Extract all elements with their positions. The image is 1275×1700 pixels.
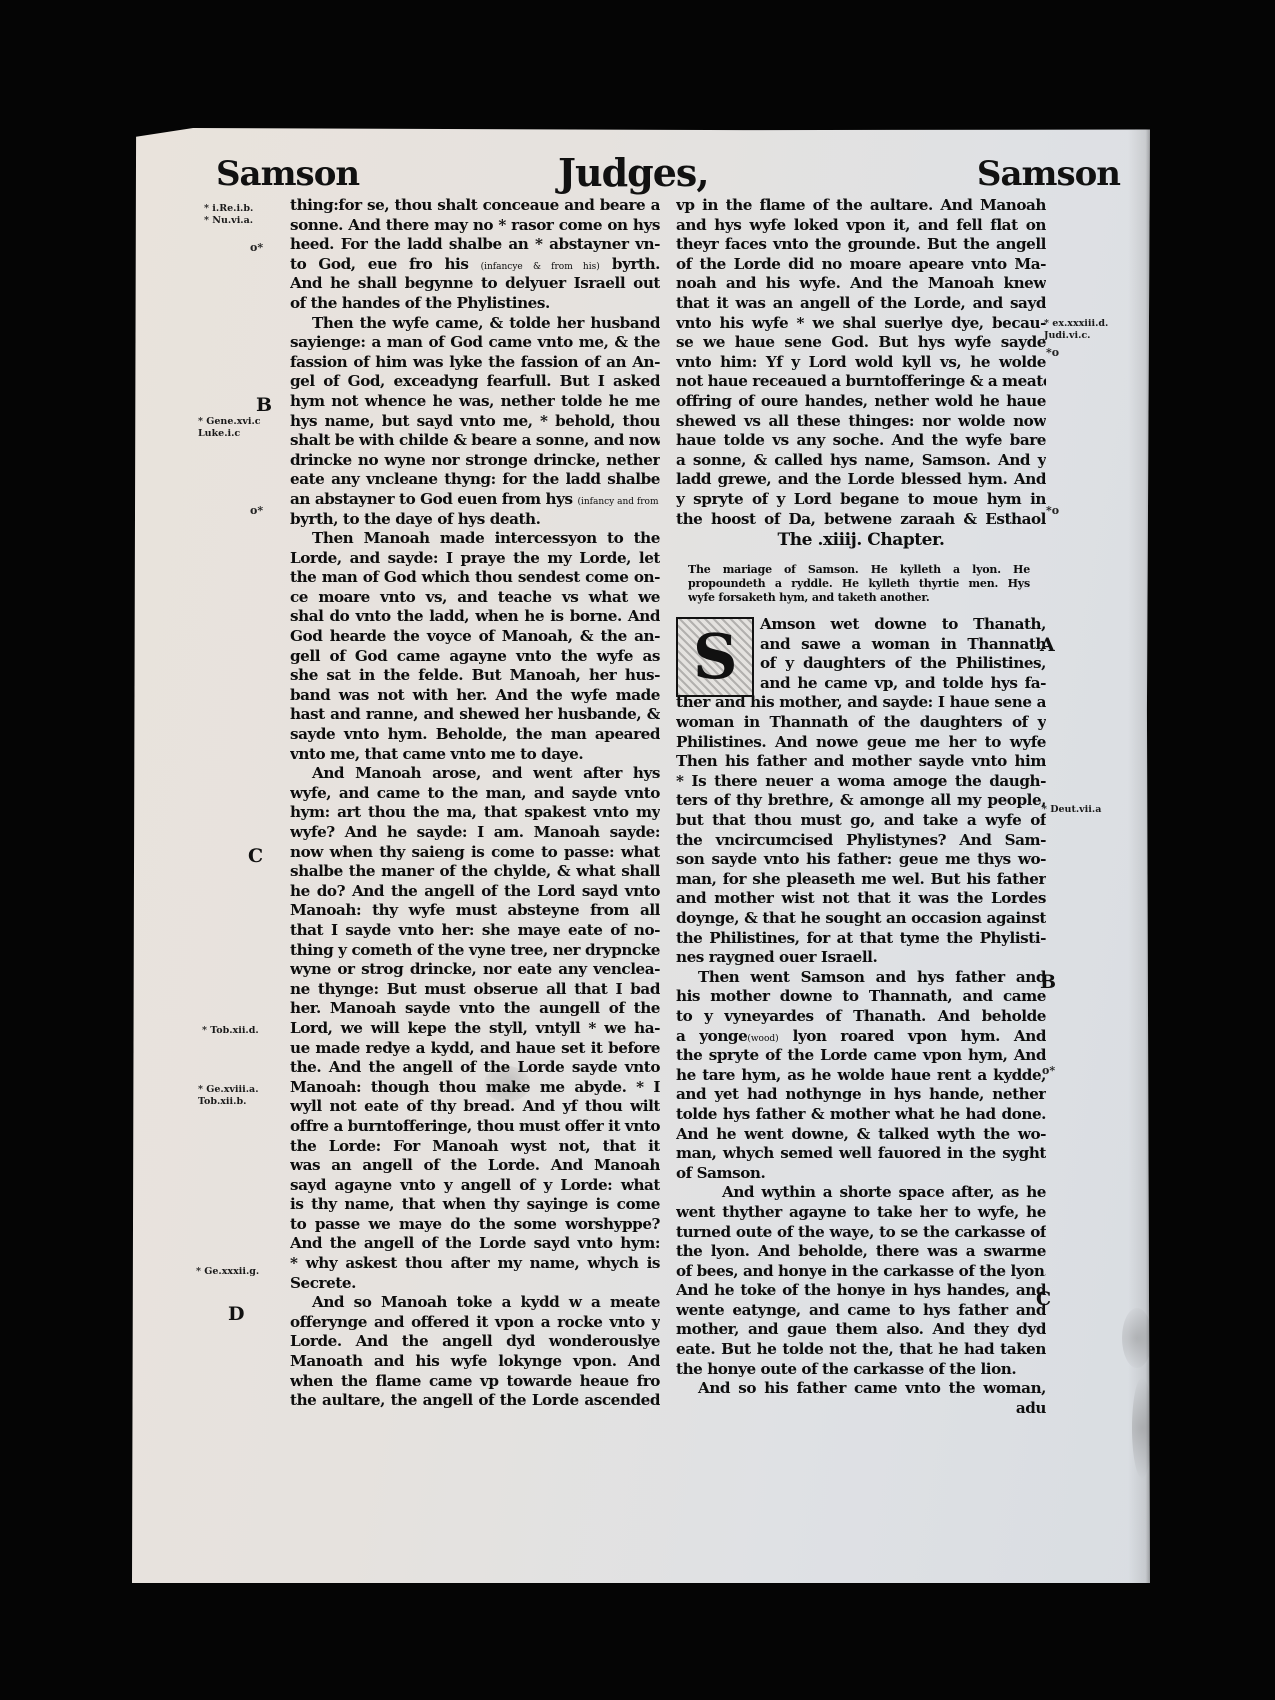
inline-gloss: (wood): [747, 1034, 778, 1044]
text-line: offre a burntofferinge, thou must offer …: [290, 1117, 660, 1137]
text-line: vnto his wyfe * we shal suerlye dye, bec…: [676, 314, 1046, 334]
text-line: the Lorde: For Manoah wyst not, that it: [290, 1137, 660, 1157]
gloss-mark-icon: o*: [250, 504, 263, 517]
text-line: sayde vnto hym. Beholde, the man apeared: [290, 725, 660, 745]
text-line: that it was an angell of the Lorde, and …: [676, 294, 1046, 314]
text-line: sayienge: a man of God came vnto me, & t…: [290, 333, 660, 353]
text-line: Manoah: though thou make me abyde. * I: [290, 1078, 660, 1098]
text-line: when the flame came vp towarde heaue fro: [290, 1372, 660, 1392]
text-line: thing y cometh of the vyne tree, ner dry…: [290, 941, 660, 961]
text-line: sayd agayne vnto y angell of y Lorde: wh…: [290, 1176, 660, 1196]
text-line: ne thynge: But must obserue all that I b…: [290, 980, 660, 1000]
text-line: haue tolde vs any soche. And the wyfe ba…: [676, 431, 1046, 451]
text-line: Secrete.: [290, 1274, 660, 1294]
text-line: thing:for se, thou shalt conceaue and be…: [290, 196, 660, 216]
text-line: And Manoah arose, and went after hys: [290, 764, 660, 784]
margin-reference: * ex.xxxiii.d.: [1044, 318, 1108, 329]
text-line: And he went downe, & talked wyth the wo-: [676, 1125, 1046, 1145]
text-line: noah and his wyfe. And the Manoah knew: [676, 274, 1046, 294]
text-line: he do? And the angell of the Lord sayd v…: [290, 882, 660, 902]
text-line: the lyon. And beholde, there was a swarm…: [676, 1242, 1046, 1262]
chapter-heading: The .xiiij. Chapter.: [676, 531, 1046, 553]
text-line: her. Manoah sayde vnto the aungell of th…: [290, 999, 660, 1019]
text-line: his mother downe to Thannath, and came: [676, 987, 1046, 1007]
text-line: Then his father and mother sayde vnto hi…: [676, 752, 1046, 772]
text-line: and yet had nothynge in hys hande, nethe…: [676, 1085, 1046, 1105]
text-line: Lorde. And the angell dyd wonderouslye: [290, 1332, 660, 1352]
text-line: Manoah: thy wyfe must absteyne from all: [290, 901, 660, 921]
text-line: And he toke of the honye in hys handes, …: [676, 1281, 1046, 1301]
text-line: vnto me, that came vnto me to daye.: [290, 745, 660, 765]
text-line: to y vyneyardes of Thanath. And beholde: [676, 1007, 1046, 1027]
text-line: of the handes of the Phylistines.: [290, 294, 660, 314]
gloss-mark-icon: *o: [1046, 504, 1059, 517]
gloss-mark-icon: *o: [1046, 346, 1059, 359]
text-line: to passe we maye do the some worshyppe?: [290, 1215, 660, 1235]
text-line: y spryte of y Lord begane to moue hym in: [676, 490, 1046, 510]
text-line: that I sayde vnto her: she maye eate of …: [290, 921, 660, 941]
running-head-book-title: Judges,: [558, 150, 709, 195]
left-text-column: thing:for se, thou shalt conceaue and be…: [290, 196, 660, 1411]
text-line: the aultare, the angell of the Lorde asc…: [290, 1391, 660, 1411]
text-line: and mother wist not that it was the Lord…: [676, 889, 1046, 909]
text-line: God hearde the voyce of Manoah, & the an…: [290, 627, 660, 647]
text-line: Lord, we will kepe the styll, vntyll * w…: [290, 1019, 660, 1039]
text-line: offerynge and offered it vpon a rocke vn…: [290, 1313, 660, 1333]
summary-line: The mariage of Samson. He kylleth a lyon…: [688, 563, 1030, 577]
text-line: Then the wyfe came, & tolde her husband: [290, 314, 660, 334]
section-letter-d: D: [228, 1303, 244, 1325]
text-line: went thyther agayne to take her to wyfe,…: [676, 1203, 1046, 1223]
text-line: ue made redye a kydd, and haue set it be…: [290, 1039, 660, 1059]
text-line: And the angell of the Lorde sayd vnto hy…: [290, 1234, 660, 1254]
text-line: Then Manoah made intercessyon to the: [290, 529, 660, 549]
margin-reference: * Ge.xviii.a.: [198, 1084, 259, 1095]
text-line: the. And the angell of the Lorde sayde v…: [290, 1058, 660, 1078]
text-line: theyr faces vnto the grounde. But the an…: [676, 235, 1046, 255]
text-line-with-gloss: an abstayner to God euen from hys (infan…: [290, 490, 660, 510]
text-line: And he shall begynne to delyuer Israell …: [290, 274, 660, 294]
text-line: byrth, to the daye of hys death.: [290, 510, 660, 530]
text-line: band was not with her. And the wyfe made: [290, 686, 660, 706]
text-line: the honye oute of the carkasse of the li…: [676, 1360, 1046, 1380]
text-line: but that thou must go, and take a wyfe o…: [676, 811, 1046, 831]
text-line: now when thy saieng is come to passe: wh…: [290, 843, 660, 863]
gloss-mark-icon: o*: [250, 241, 263, 254]
text-line: fassion of him was lyke the fassion of a…: [290, 353, 660, 373]
text-line: not haue receaued a burntofferinge & a m…: [676, 372, 1046, 392]
text-line: hym: art thou the ma, that spakest vnto …: [290, 803, 660, 823]
running-head-left: Samson: [216, 154, 359, 194]
text-line: she sat in the felde. But Manoah, her hu…: [290, 666, 660, 686]
text-line: sonne. And there may no * rasor come on …: [290, 216, 660, 236]
margin-reference: * i.Re.i.b.: [204, 203, 253, 214]
text-line: turned oute of the waye, to se the carka…: [676, 1223, 1046, 1243]
text-line: the spryte of the Lorde came vpon hym, A…: [676, 1046, 1046, 1066]
text-line: ce moare vnto vs, and teache vs what we: [290, 588, 660, 608]
text-line: the man of God which thou sendest come o…: [290, 568, 660, 588]
text-line: ters of thy brethre, & amonge all my peo…: [676, 791, 1046, 811]
right-text-column: vp in the flame of the aultare. And Mano…: [676, 196, 1046, 1418]
text-line: gel of God, exceadyng fearfull. But I as…: [290, 372, 660, 392]
text-line: offring of oure handes, nether wold he h…: [676, 392, 1046, 412]
text-line: the vncircumcised Phylistynes? And Sam-: [676, 831, 1046, 851]
text-line: shalbe the maner of the chylde, & what s…: [290, 862, 660, 882]
text-line: vp in the flame of the aultare. And Mano…: [676, 196, 1046, 216]
text-line: vnto him: Yf y Lord wold kyll vs, he wol…: [676, 353, 1046, 373]
text-line: hym not whence he was, nether tolde he m…: [290, 392, 660, 412]
margin-reference: * Deut.vii.a: [1042, 804, 1101, 815]
text-line: And so Manoah toke a kydd w a meate: [290, 1293, 660, 1313]
text-line: gell of God came agayne vnto the wyfe as: [290, 647, 660, 667]
text-line: heed. For the ladd shalbe an * abstayner…: [290, 235, 660, 255]
text-line: Philistines. And nowe geue me her to wyf…: [676, 733, 1046, 753]
margin-reference: Luke.i.c: [198, 428, 240, 439]
inline-gloss: (infancy and from hys): [577, 497, 660, 507]
text-line-with-gloss: to God, eue fro his (infancye & from his…: [290, 255, 660, 275]
text-line: he tare hym, as he wolde haue rent a kyd…: [676, 1066, 1046, 1086]
text-line: shal do vnto the ladd, when he is borne.…: [290, 607, 660, 627]
summary-line: propoundeth a ryddle. He kylleth thyrtie…: [688, 577, 1030, 591]
text-line: and hys wyfe loked vpon it, and fell fla…: [676, 216, 1046, 236]
text-line: of bees, and honye in the carkasse of th…: [676, 1262, 1046, 1282]
text-line: eate. But he tolde not the, that he had …: [676, 1340, 1046, 1360]
section-letter-c: C: [248, 845, 263, 867]
margin-reference: * Tob.xii.d.: [202, 1025, 259, 1036]
book-page: Samson Judges, Samson * i.Re.i.b. * Nu.v…: [132, 128, 1150, 1583]
text-line: mother, and gaue them also. And they dyd: [676, 1320, 1046, 1340]
text-line: man, whych semed well fauored in the syg…: [676, 1144, 1046, 1164]
margin-reference: * Gene.xvi.c: [198, 416, 261, 427]
text-line: man, for she pleaseth me wel. But his fa…: [676, 870, 1046, 890]
text-line: nes raygned ouer Israell.: [676, 948, 1046, 968]
text-line: Then went Samson and hys father and: [676, 968, 1046, 988]
text-line: the Philistines, for at that tyme the Ph…: [676, 929, 1046, 949]
text-line: wyne or strog drincke, nor eate any venc…: [290, 960, 660, 980]
text-line: se we haue sene God. But hys wyfe sayde: [676, 333, 1046, 353]
text-line: son sayde vnto his father: geue me thys …: [676, 850, 1046, 870]
margin-reference: * Ge.xxxii.g.: [196, 1266, 259, 1277]
text-line: a sonne, & called hys name, Samson. And …: [676, 451, 1046, 471]
text-line: Manoath and his wyfe lokynge vpon. And: [290, 1352, 660, 1372]
text-line: drincke no wyne nor stronge drincke, net…: [290, 451, 660, 471]
text-line: eate any vncleane thyng: for the ladd sh…: [290, 470, 660, 490]
chapter-opening: S Amson wet downe to Thanath, and sawe a…: [676, 615, 1046, 693]
text-line: of the Lorde did no moare apeare vnto Ma…: [676, 255, 1046, 275]
running-head-right: Samson: [977, 154, 1120, 194]
margin-reference: * Nu.vi.a.: [204, 215, 253, 226]
text-line: ladd grewe, and the Lorde blessed hym. A…: [676, 470, 1046, 490]
section-letter-b: B: [256, 394, 272, 416]
margin-reference: Judi.vi.c.: [1044, 330, 1091, 341]
text-line: hys name, but sayd vnto me, * behold, th…: [290, 412, 660, 432]
text-line: is thy name, that when thy sayinge is co…: [290, 1195, 660, 1215]
text-line-with-gloss: a yonge(wood) lyon roared vpon hym. And: [676, 1027, 1046, 1047]
text-line: woman in Thannath of the daughters of y: [676, 713, 1046, 733]
text-line: wente eatynge, and came to hys father an…: [676, 1301, 1046, 1321]
text-line: shalt be with childe & beare a sonne, an…: [290, 431, 660, 451]
text-line: * Is there neuer a woma amoge the daugh-: [676, 772, 1046, 792]
catchword: adu: [676, 1399, 1046, 1419]
text-line: was an angell of the Lorde. And Manoah: [290, 1156, 660, 1176]
text-line: hast and ranne, and shewed her husbande,…: [290, 705, 660, 725]
text-line: shewed vs all these thinges: nor wolde n…: [676, 412, 1046, 432]
text-line: wyfe? And he sayde: I am. Manoah sayde:: [290, 823, 660, 843]
text-line: wyll not eate of thy bread. And yf thou …: [290, 1097, 660, 1117]
text-line: And so his father came vnto the woman,: [676, 1379, 1046, 1399]
text-line: * why askest thou after my name, whych i…: [290, 1254, 660, 1274]
text-line: of Samson.: [676, 1164, 1046, 1184]
text-line: And wythin a shorte space after, as he: [676, 1183, 1046, 1203]
summary-line: wyfe forsaketh hym, and taketh another.: [688, 591, 1030, 605]
running-head: Samson Judges, Samson: [132, 150, 1150, 200]
text-line: the hoost of Da, betwene zaraah & Esthao…: [676, 510, 1046, 530]
chapter-summary: The mariage of Samson. He kylleth a lyon…: [688, 563, 1030, 605]
decorated-initial: S: [676, 617, 754, 697]
edge-stain: [1132, 1378, 1152, 1478]
margin-reference: Tob.xii.b.: [198, 1096, 246, 1107]
text-line: tolde hys father & mother what he had do…: [676, 1105, 1046, 1125]
text-line: wyfe, and came to the man, and sayde vnt…: [290, 784, 660, 804]
inline-gloss: (infancye & from his): [481, 262, 600, 272]
edge-stain: [1122, 1308, 1152, 1368]
text-line: doynge, & that he sought an occasion aga…: [676, 909, 1046, 929]
text-line: Lorde, and sayde: I praye the my Lorde, …: [290, 549, 660, 569]
